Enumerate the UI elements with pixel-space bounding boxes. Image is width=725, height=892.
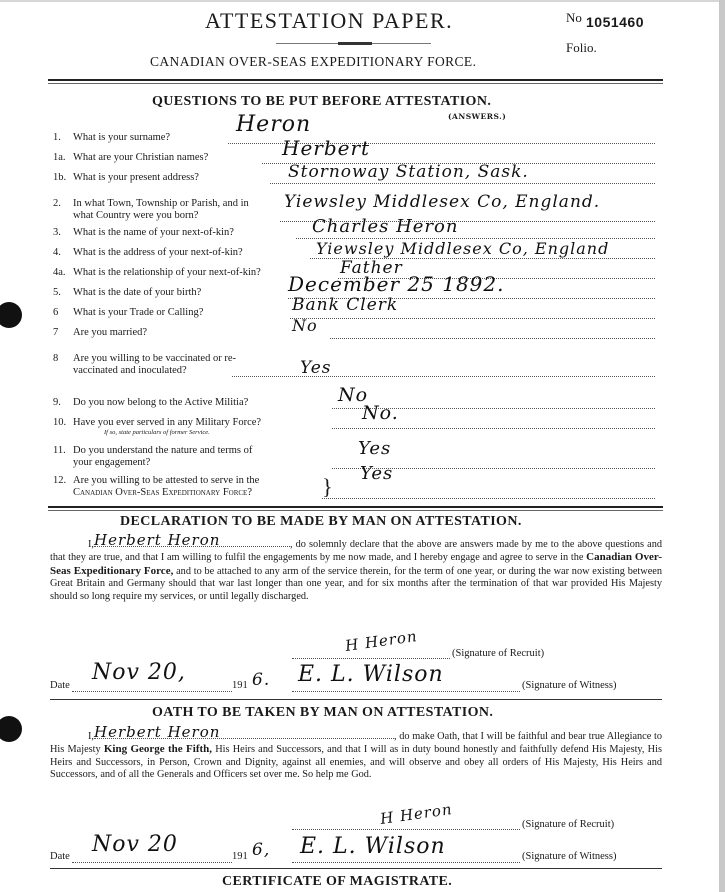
handwritten-answer: Heron — [236, 112, 311, 137]
question-row: 8Are you willing to be vaccinated or re-… — [53, 353, 236, 377]
oath-recruit-sig-line — [292, 829, 520, 830]
question-text: Are you willing to be vaccinated or re- — [73, 353, 236, 364]
declaration-divider — [50, 699, 662, 700]
declaration-name: Herbert Heron — [94, 534, 290, 547]
answers-column-header: (ANSWERS.) — [448, 112, 506, 121]
header-divider — [48, 79, 663, 85]
question-text: Do you understand the nature and terms o… — [73, 445, 252, 456]
question-text: In what Town, Township or Parish, and in — [73, 198, 249, 209]
magistrate-section-title: CERTIFICATE OF MAGISTRATE. — [222, 874, 452, 890]
handwritten-answer: Stornoway Station, Sask. — [288, 162, 529, 182]
questions-divider — [48, 506, 663, 512]
question-text-line2: what Country were you born? — [73, 210, 249, 222]
declaration-recruit-sig-line — [292, 658, 450, 659]
question-number: 8 — [53, 353, 73, 365]
handwritten-answer: Charles Heron — [312, 216, 458, 237]
question-number: 12. — [53, 475, 73, 487]
question-number: 5. — [53, 287, 73, 299]
oath-witness-sig-label: (Signature of Witness) — [522, 851, 616, 862]
oath-date-value: Nov 20 — [92, 832, 178, 857]
question-number: 1a. — [53, 152, 73, 164]
handwritten-answer: Yes — [300, 358, 332, 378]
handwritten-answer: Yiewsley Middlesex Co, England — [316, 239, 609, 258]
number-label: No — [566, 10, 582, 26]
question-number: 1b. — [53, 172, 73, 184]
brace-symbol: } — [322, 477, 333, 497]
answer-line — [232, 376, 655, 377]
question-text: Are you willing to be attested to serve … — [73, 475, 259, 486]
declaration-date-label: Date — [50, 680, 70, 691]
question-text: What is your Trade or Calling? — [73, 307, 203, 318]
question-number: 2. — [53, 198, 73, 210]
oath-date-label: Date — [50, 851, 70, 862]
punch-hole-bottom — [0, 716, 22, 742]
declaration-recruit-sig-label: (Signature of Recruit) — [452, 648, 544, 659]
question-row: 6What is your Trade or Calling? — [53, 307, 203, 319]
question-row: 10.Have you ever served in any Military … — [53, 417, 261, 436]
declaration-prefix: I, — [50, 539, 94, 550]
question-number: 10. — [53, 417, 73, 429]
handwritten-answer: No — [292, 316, 318, 335]
question-number: 7 — [53, 327, 73, 339]
oath-year-prefix: 191 — [232, 851, 248, 862]
question-number: 4a. — [53, 267, 73, 279]
question-text: What is the date of your birth? — [73, 287, 201, 298]
question-number: 3. — [53, 227, 73, 239]
question-text: What is the relationship of your next-of… — [73, 267, 261, 278]
question-row: 11.Do you understand the nature and term… — [53, 445, 252, 469]
declaration-witness-signature: E. L. Wilson — [298, 662, 444, 687]
oath-witness-sig-line — [292, 862, 520, 863]
question-text: What is your present address? — [73, 172, 199, 183]
question-row: 4a.What is the relationship of your next… — [53, 267, 261, 279]
declaration-paragraph: I,Herbert Heron, do solemnly declare tha… — [50, 536, 662, 603]
oath-divider — [50, 868, 662, 869]
answer-line — [332, 428, 655, 429]
document-subtitle: CANADIAN OVER-SEAS EXPEDITIONARY FORCE. — [150, 54, 476, 70]
question-text: Do you now belong to the Active Militia? — [73, 397, 248, 408]
declaration-section-title: DECLARATION TO BE MADE BY MAN ON ATTESTA… — [120, 514, 522, 530]
handwritten-answer: Yes — [358, 438, 391, 459]
declaration-witness-sig-label: (Signature of Witness) — [522, 680, 616, 691]
oath-name: Herbert Heron — [94, 726, 394, 739]
question-row: 4.What is the address of your next-of-ki… — [53, 247, 243, 259]
answer-line — [330, 338, 655, 339]
punch-hole-top — [0, 302, 22, 328]
oath-recruit-sig-label: (Signature of Recruit) — [522, 819, 614, 830]
question-number: 11. — [53, 445, 73, 457]
handwritten-answer: Yes — [360, 463, 393, 484]
question-row: 7Are you married? — [53, 327, 147, 339]
attestation-paper-page: ATTESTATION PAPER. No 1051460 Folio. CAN… — [0, 0, 719, 892]
declaration-year-prefix: 191 — [232, 680, 248, 691]
question-note: If so, state particulars of former Servi… — [104, 429, 261, 436]
question-row: 12.Are you willing to be attested to ser… — [53, 475, 259, 499]
handwritten-answer: Yiewsley Middlesex Co, England. — [284, 192, 600, 212]
question-row: 5.What is the date of your birth? — [53, 287, 201, 299]
question-text-line2: Canadian Over-Seas Expeditionary Force? — [73, 487, 259, 499]
handwritten-answer: Bank Clerk — [292, 295, 398, 315]
question-number: 9. — [53, 397, 73, 409]
question-text-line2: your engagement? — [73, 457, 252, 469]
question-number: 1. — [53, 132, 73, 144]
oath-bold-king: King George the Fifth, — [104, 743, 212, 755]
question-row: 9.Do you now belong to the Active Militi… — [53, 397, 248, 409]
handwritten-answer: No. — [362, 402, 399, 424]
title-underline-ornament — [338, 42, 372, 45]
question-text: Are you married? — [73, 327, 147, 338]
folio-label: Folio. — [566, 40, 597, 56]
handwritten-answer: Herbert — [282, 136, 370, 160]
question-row: 3.What is the name of your next-of-kin? — [53, 227, 234, 239]
question-text: Have you ever served in any Military For… — [73, 417, 261, 428]
page-edge-border — [719, 0, 725, 892]
question-text: What is the address of your next-of-kin? — [73, 247, 243, 258]
oath-paragraph: I,Herbert Heron, do make Oath, that I wi… — [50, 728, 662, 782]
oath-recruit-signature: H Heron — [379, 800, 453, 828]
answer-line — [322, 498, 655, 499]
questions-section-title: QUESTIONS TO BE PUT BEFORE ATTESTATION. — [152, 94, 491, 110]
document-title: ATTESTATION PAPER. — [205, 8, 453, 34]
oath-witness-signature: E. L. Wilson — [300, 834, 446, 859]
question-text: What is the name of your next-of-kin? — [73, 227, 234, 238]
question-row: 1b.What is your present address? — [53, 172, 199, 184]
question-text: What are your Christian names? — [73, 152, 208, 163]
question-row: 2.In what Town, Township or Parish, and … — [53, 198, 249, 222]
declaration-recruit-signature: H Heron — [344, 627, 418, 655]
question-text-line2: vaccinated and inoculated? — [73, 365, 236, 377]
oath-date-line — [72, 862, 232, 863]
answer-line — [290, 318, 655, 319]
oath-prefix: I, — [50, 731, 94, 742]
regimental-number: 1051460 — [586, 14, 644, 30]
answer-line — [270, 183, 655, 184]
oath-section-title: OATH TO BE TAKEN BY MAN ON ATTESTATION. — [152, 705, 493, 721]
question-row: 1.What is your surname? — [53, 132, 170, 144]
handwritten-answer: December 25 1892. — [288, 272, 505, 296]
declaration-date-line — [72, 691, 232, 692]
question-row: 1a.What are your Christian names? — [53, 152, 208, 164]
question-number: 6 — [53, 307, 73, 319]
question-text: What is your surname? — [73, 132, 170, 143]
oath-year-suffix: 6, — [252, 840, 270, 860]
declaration-year-suffix: 6. — [252, 670, 270, 690]
question-number: 4. — [53, 247, 73, 259]
declaration-witness-sig-line — [292, 691, 520, 692]
declaration-date-value: Nov 20, — [92, 660, 186, 685]
